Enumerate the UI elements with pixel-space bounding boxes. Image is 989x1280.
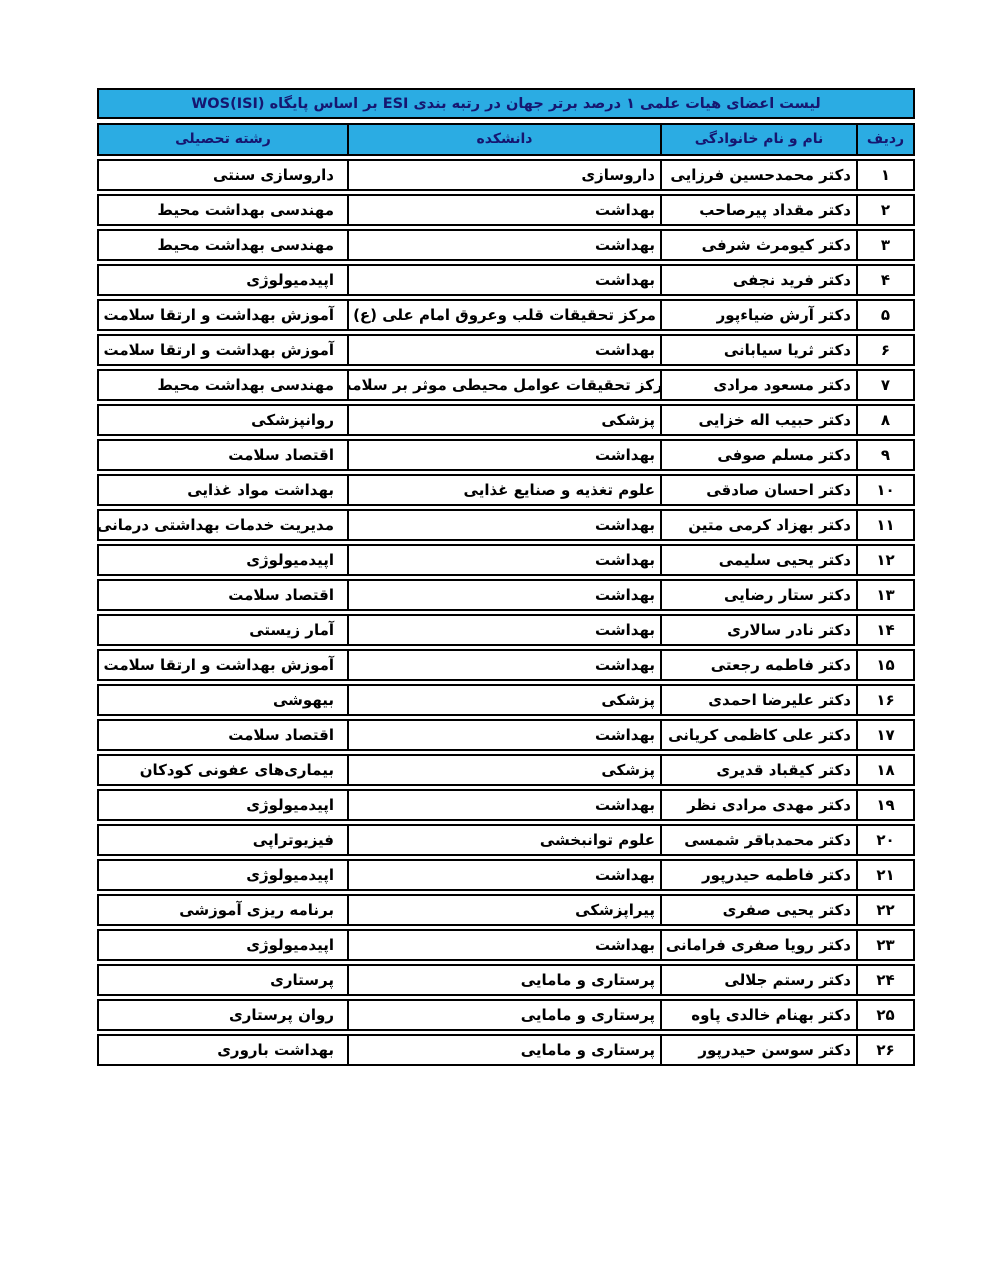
faculty-cell: بهداشت [349,336,662,364]
row-number-cell: ۷ [858,371,913,399]
row-number-cell: ۱۶ [858,686,913,714]
field-of-study-cell: اپیدمیولوژی [99,266,349,294]
faculty-cell: پرستاری و مامایی [349,966,662,994]
faculty-cell: پیراپزشکی [349,896,662,924]
field-of-study-cell: بیماری‌های عفونی کودکان [99,756,349,784]
field-of-study-cell: اقتصاد سلامت [99,441,349,469]
faculty-cell: علوم توانبخشی [349,826,662,854]
table-row: ۶ دکتر ثریا سیابانی بهداشت آموزش بهداشت … [97,334,915,366]
field-of-study-cell: آموزش بهداشت و ارتقا سلامت [99,301,349,329]
name-cell: دکتر محمدباقر شمسی [662,826,858,854]
field-of-study-cell: مدیریت خدمات بهداشتی درمانی [99,511,349,539]
table-header-row: ردیف نام و نام خانوادگی دانشکده رشته تحص… [97,123,915,156]
row-number-cell: ۱۳ [858,581,913,609]
faculty-cell: پزشکی [349,756,662,784]
table-row: ۱۶ دکتر علیرضا احمدی پزشکی بیهوشی [97,684,915,716]
faculty-cell: علوم تغذیه و صنایع غذایی [349,476,662,504]
field-of-study-cell: اقتصاد سلامت [99,581,349,609]
table-title-bar: لیست اعضای هیات علمی ۱ درصد برتر جهان در… [97,88,915,119]
faculty-cell: بهداشت [349,721,662,749]
table-row: ۱۴ دکتر نادر سالاری بهداشت آمار زیستی [97,614,915,646]
table-row: ۱۲ دکتر یحیی سلیمی بهداشت اپیدمیولوژی [97,544,915,576]
name-cell: دکتر فرید نجفی [662,266,858,294]
name-cell: دکتر رویا صفری فرامانی [662,931,858,959]
faculty-cell: پزشکی [349,686,662,714]
table-row: ۲۵ دکتر بهنام خالدی پاوه پرستاری و مامای… [97,999,915,1031]
table-row: ۸ دکتر حبیب اله خزایی پزشکی روانپزشکی [97,404,915,436]
name-cell: دکتر بهزاد کرمی متین [662,511,858,539]
field-of-study-cell: روانپزشکی [99,406,349,434]
row-number-cell: ۱۴ [858,616,913,644]
table-row: ۲۱ دکتر فاطمه حیدرپور بهداشت اپیدمیولوژی [97,859,915,891]
table-title: لیست اعضای هیات علمی ۱ درصد برتر جهان در… [191,96,820,112]
field-of-study-cell: اپیدمیولوژی [99,931,349,959]
name-cell: دکتر نادر سالاری [662,616,858,644]
row-number-cell: ۲۶ [858,1036,913,1064]
faculty-cell: پرستاری و مامایی [349,1036,662,1064]
name-cell: دکتر کیومرث شرفی [662,231,858,259]
field-of-study-cell: اپیدمیولوژی [99,546,349,574]
row-number-cell: ۲۴ [858,966,913,994]
row-number-cell: ۹ [858,441,913,469]
row-number-cell: ۲۲ [858,896,913,924]
row-number-cell: ۲۱ [858,861,913,889]
faculty-cell: بهداشت [349,231,662,259]
row-number-cell: ۳ [858,231,913,259]
field-of-study-cell: آموزش بهداشت و ارتقا سلامت [99,651,349,679]
table-row: ۲۳ دکتر رویا صفری فرامانی بهداشت اپیدمیو… [97,929,915,961]
field-of-study-cell: روان پرستاری [99,1001,349,1029]
name-cell: دکتر مهدی مرادی نظر [662,791,858,819]
name-cell: دکتر مسلم صوفی [662,441,858,469]
table-row: ۱۹ دکتر مهدی مرادی نظر بهداشت اپیدمیولوژ… [97,789,915,821]
row-number-cell: ۱۸ [858,756,913,784]
field-of-study-cell: بهداشت مواد غذایی [99,476,349,504]
table-row: ۲۶ دکتر سوسن حیدرپور پرستاری و مامایی به… [97,1034,915,1066]
faculty-cell: مرکز تحقیقات قلب وعروق امام علی (ع) [349,301,662,329]
field-of-study-cell: داروسازی سنتی [99,161,349,189]
field-of-study-cell: مهندسی بهداشت محیط [99,231,349,259]
faculty-cell: پزشکی [349,406,662,434]
name-cell: دکتر رستم جلالی [662,966,858,994]
row-number-cell: ۱۷ [858,721,913,749]
field-of-study-cell: بهداشت باروری [99,1036,349,1064]
faculty-cell: بهداشت [349,546,662,574]
row-number-cell: ۱ [858,161,913,189]
column-header-row-number: ردیف [858,125,913,154]
faculty-cell: بهداشت [349,266,662,294]
row-number-cell: ۱۱ [858,511,913,539]
field-of-study-cell: فیزیوتراپی [99,826,349,854]
field-of-study-cell: مهندسی بهداشت محیط [99,371,349,399]
row-number-cell: ۱۲ [858,546,913,574]
faculty-cell: بهداشت [349,861,662,889]
faculty-cell: بهداشت [349,196,662,224]
name-cell: دکتر بهنام خالدی پاوه [662,1001,858,1029]
table-row: ۷ دکتر مسعود مرادی مرکز تحقیقات عوامل مح… [97,369,915,401]
faculty-cell: مرکز تحقیقات عوامل محیطی موثر بر سلامت [349,371,662,399]
faculty-cell: بهداشت [349,651,662,679]
name-cell: دکتر آرش ضیاءپور [662,301,858,329]
name-cell: دکتر یحیی سلیمی [662,546,858,574]
row-number-cell: ۸ [858,406,913,434]
faculty-list-table: لیست اعضای هیات علمی ۱ درصد برتر جهان در… [97,88,915,1066]
name-cell: دکتر مسعود مرادی [662,371,858,399]
name-cell: دکتر ستار رضایی [662,581,858,609]
name-cell: دکتر مقداد پیرصاحب [662,196,858,224]
column-header-field-of-study: رشته تحصیلی [99,125,349,154]
name-cell: دکتر فاطمه حیدرپور [662,861,858,889]
table-row: ۱۰ دکتر احسان صادقی علوم تغذیه و صنایع غ… [97,474,915,506]
field-of-study-cell: مهندسی بهداشت محیط [99,196,349,224]
table-row: ۵ دکتر آرش ضیاءپور مرکز تحقیقات قلب وعرو… [97,299,915,331]
row-number-cell: ۱۹ [858,791,913,819]
name-cell: دکتر یحیی صفری [662,896,858,924]
row-number-cell: ۲۵ [858,1001,913,1029]
field-of-study-cell: پرستاری [99,966,349,994]
faculty-cell: بهداشت [349,616,662,644]
table-row: ۲۰ دکتر محمدباقر شمسی علوم توانبخشی فیزی… [97,824,915,856]
table-row: ۱۱ دکتر بهزاد کرمی متین بهداشت مدیریت خد… [97,509,915,541]
faculty-cell: بهداشت [349,441,662,469]
row-number-cell: ۵ [858,301,913,329]
faculty-cell: داروسازی [349,161,662,189]
table-row: ۹ دکتر مسلم صوفی بهداشت اقتصاد سلامت [97,439,915,471]
table-row: ۲۲ دکتر یحیی صفری پیراپزشکی برنامه ریزی … [97,894,915,926]
row-number-cell: ۴ [858,266,913,294]
name-cell: دکتر محمدحسین فرزایی [662,161,858,189]
table-row: ۲ دکتر مقداد پیرصاحب بهداشت مهندسی بهداش… [97,194,915,226]
field-of-study-cell: آمار زیستی [99,616,349,644]
row-number-cell: ۶ [858,336,913,364]
column-header-name: نام و نام خانوادگی [662,125,858,154]
row-number-cell: ۲ [858,196,913,224]
field-of-study-cell: برنامه ریزی آموزشی [99,896,349,924]
field-of-study-cell: بیهوشی [99,686,349,714]
table-row: ۱۸ دکتر کیقباد قدیری پزشکی بیماری‌های عف… [97,754,915,786]
field-of-study-cell: اقتصاد سلامت [99,721,349,749]
table-row: ۳ دکتر کیومرث شرفی بهداشت مهندسی بهداشت … [97,229,915,261]
faculty-cell: پرستاری و مامایی [349,1001,662,1029]
row-number-cell: ۲۳ [858,931,913,959]
row-number-cell: ۲۰ [858,826,913,854]
name-cell: دکتر احسان صادقی [662,476,858,504]
faculty-cell: بهداشت [349,931,662,959]
faculty-cell: بهداشت [349,791,662,819]
table-row: ۱ دکتر محمدحسین فرزایی داروسازی داروسازی… [97,159,915,191]
name-cell: دکتر کیقباد قدیری [662,756,858,784]
row-number-cell: ۱۰ [858,476,913,504]
column-header-faculty: دانشکده [349,125,662,154]
name-cell: دکتر فاطمه رجعتی [662,651,858,679]
faculty-cell: بهداشت [349,511,662,539]
name-cell: دکتر حبیب اله خزایی [662,406,858,434]
table-row: ۱۳ دکتر ستار رضایی بهداشت اقتصاد سلامت [97,579,915,611]
name-cell: دکتر ثریا سیابانی [662,336,858,364]
field-of-study-cell: آموزش بهداشت و ارتقا سلامت [99,336,349,364]
table-row: ۱۵ دکتر فاطمه رجعتی بهداشت آموزش بهداشت … [97,649,915,681]
name-cell: دکتر علیرضا احمدی [662,686,858,714]
name-cell: دکتر علی کاظمی کریانی [662,721,858,749]
table-row: ۲۴ دکتر رستم جلالی پرستاری و مامایی پرست… [97,964,915,996]
row-number-cell: ۱۵ [858,651,913,679]
field-of-study-cell: اپیدمیولوژی [99,861,349,889]
table-body: ۱ دکتر محمدحسین فرزایی داروسازی داروسازی… [97,159,915,1066]
faculty-cell: بهداشت [349,581,662,609]
table-row: ۱۷ دکتر علی کاظمی کریانی بهداشت اقتصاد س… [97,719,915,751]
field-of-study-cell: اپیدمیولوژی [99,791,349,819]
table-row: ۴ دکتر فرید نجفی بهداشت اپیدمیولوژی [97,264,915,296]
name-cell: دکتر سوسن حیدرپور [662,1036,858,1064]
